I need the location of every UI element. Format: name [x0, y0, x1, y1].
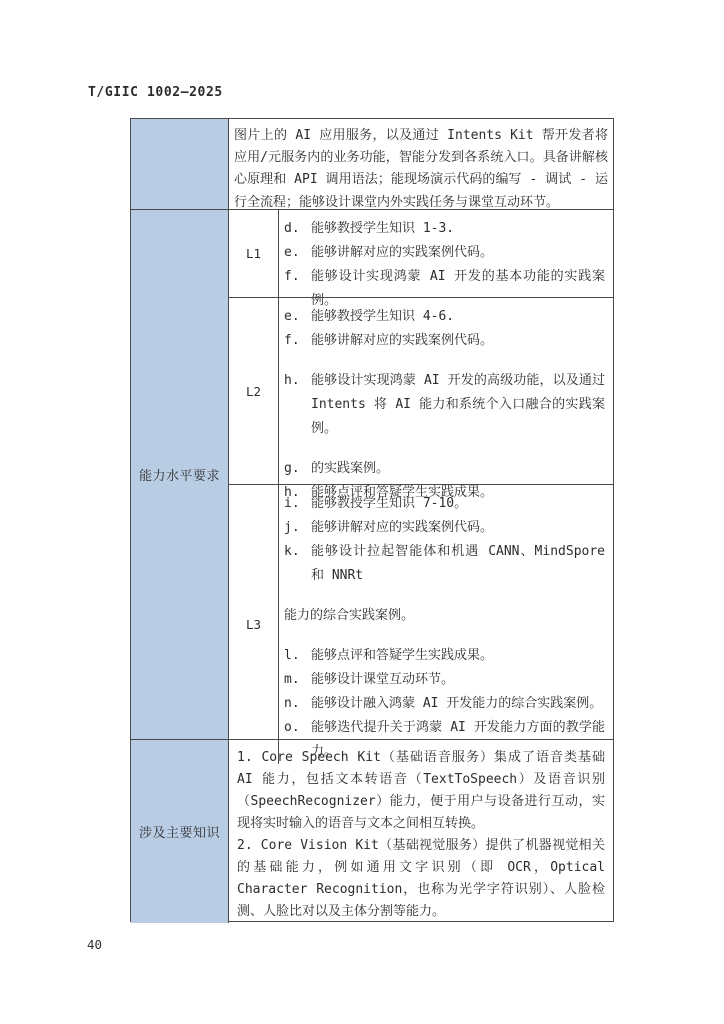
- item-text: 能够设计课堂互动环节。: [311, 668, 605, 692]
- continuation-text: 图片上的 AI 应用服务，以及通过 Intents Kit 帮开发者将应用/元服…: [229, 119, 613, 209]
- list-item: l. 能够点评和答疑学生实践成果。: [284, 644, 605, 668]
- list-item: j. 能够讲解对应的实践案例代码。: [284, 516, 605, 540]
- item-letter: n.: [284, 692, 311, 716]
- item-text: 能够讲解对应的实践案例代码。: [311, 516, 605, 540]
- requirements-table: 图片上的 AI 应用服务，以及通过 Intents Kit 帮开发者将应用/元服…: [130, 118, 614, 922]
- item-letter: g.: [284, 457, 311, 481]
- item-text: 的实践案例。: [311, 457, 605, 481]
- item-text: 能够教授学生知识 7-10。: [311, 492, 605, 516]
- level-row-l2: L2 e. 能够教授学生知识 4-6. f. 能够讲解对应的实践案例代码。 h.…: [229, 297, 613, 484]
- list-item: m. 能够设计课堂互动环节。: [284, 668, 605, 692]
- knowledge-row-label: 涉及主要知识: [131, 740, 229, 923]
- list-item: g. 的实践案例。: [284, 457, 605, 481]
- item-text: 能够讲解对应的实践案例代码。: [311, 329, 605, 353]
- continuation-row-label-cell: [131, 119, 229, 209]
- list-item: d. 能够教授学生知识 1-3.: [284, 217, 605, 241]
- level-row-l3: L3 i. 能够教授学生知识 7-10。 j. 能够讲解对应的实践案例代码。 k…: [229, 484, 613, 764]
- list-item: h. 能够设计实现鸿蒙 AI 开发的高级功能，以及通过 Intents 将 AI…: [284, 369, 605, 441]
- list-item: n. 能够设计融入鸿蒙 AI 开发能力的综合实践案例。: [284, 692, 605, 716]
- capability-row: 能力水平要求 L1 d. 能够教授学生知识 1-3. e. 能够讲解对应的实践案…: [131, 209, 613, 739]
- item-text: 能够设计融入鸿蒙 AI 开发能力的综合实践案例。: [311, 692, 605, 716]
- level-content-l2: e. 能够教授学生知识 4-6. f. 能够讲解对应的实践案例代码。 h. 能够…: [279, 298, 613, 484]
- level-row-l1: L1 d. 能够教授学生知识 1-3. e. 能够讲解对应的实践案例代码。 f.…: [229, 210, 613, 297]
- item-text: 能够教授学生知识 4-6.: [311, 305, 605, 329]
- level-name-l3: L3: [229, 485, 279, 764]
- document-code: T/GIIC 1002—2025: [88, 85, 223, 100]
- item-letter: i.: [284, 492, 311, 516]
- knowledge-text: 1. Core Speech Kit（基础语音服务）集成了语音类基础 AI 能力…: [229, 740, 613, 923]
- item-letter: e.: [284, 241, 311, 265]
- knowledge-row: 涉及主要知识 1. Core Speech Kit（基础语音服务）集成了语音类基…: [131, 739, 613, 923]
- continuation-row: 图片上的 AI 应用服务，以及通过 Intents Kit 帮开发者将应用/元服…: [131, 119, 613, 209]
- item-text: 能够教授学生知识 1-3.: [311, 217, 605, 241]
- item-letter: e.: [284, 305, 311, 329]
- knowledge-paragraph-1: 1. Core Speech Kit（基础语音服务）集成了语音类基础 AI 能力…: [237, 747, 605, 835]
- level-content-l3: i. 能够教授学生知识 7-10。 j. 能够讲解对应的实践案例代码。 k. 能…: [279, 485, 613, 764]
- list-item: e. 能够讲解对应的实践案例代码。: [284, 241, 605, 265]
- continuation-line: 能力的综合实践案例。: [284, 604, 605, 628]
- list-item: i. 能够教授学生知识 7-10。: [284, 492, 605, 516]
- capability-row-label: 能力水平要求: [131, 210, 229, 739]
- item-letter: j.: [284, 516, 311, 540]
- item-text: 能够设计实现鸿蒙 AI 开发的高级功能，以及通过 Intents 将 AI 能力…: [311, 369, 605, 441]
- item-text: 能够设计拉起智能体和机遇 CANN、MindSpore 和 NNRt: [311, 540, 605, 588]
- item-letter: m.: [284, 668, 311, 692]
- list-item: e. 能够教授学生知识 4-6.: [284, 305, 605, 329]
- capability-levels: L1 d. 能够教授学生知识 1-3. e. 能够讲解对应的实践案例代码。 f.…: [229, 210, 613, 739]
- level-content-l1: d. 能够教授学生知识 1-3. e. 能够讲解对应的实践案例代码。 f. 能够…: [279, 210, 613, 297]
- item-letter: h.: [284, 369, 311, 441]
- item-letter: d.: [284, 217, 311, 241]
- list-item: k. 能够设计拉起智能体和机遇 CANN、MindSpore 和 NNRt: [284, 540, 605, 588]
- page-number: 40: [87, 937, 102, 952]
- item-letter: k.: [284, 540, 311, 588]
- level-name-l1: L1: [229, 210, 279, 297]
- item-text: 能够讲解对应的实践案例代码。: [311, 241, 605, 265]
- level-name-l2: L2: [229, 298, 279, 484]
- item-letter: l.: [284, 644, 311, 668]
- item-text: 能够点评和答疑学生实践成果。: [311, 644, 605, 668]
- list-item: f. 能够讲解对应的实践案例代码。: [284, 329, 605, 353]
- knowledge-paragraph-2: 2. Core Vision Kit（基础视觉服务）提供了机器视觉相关的基础能力…: [237, 835, 605, 923]
- item-letter: f.: [284, 329, 311, 353]
